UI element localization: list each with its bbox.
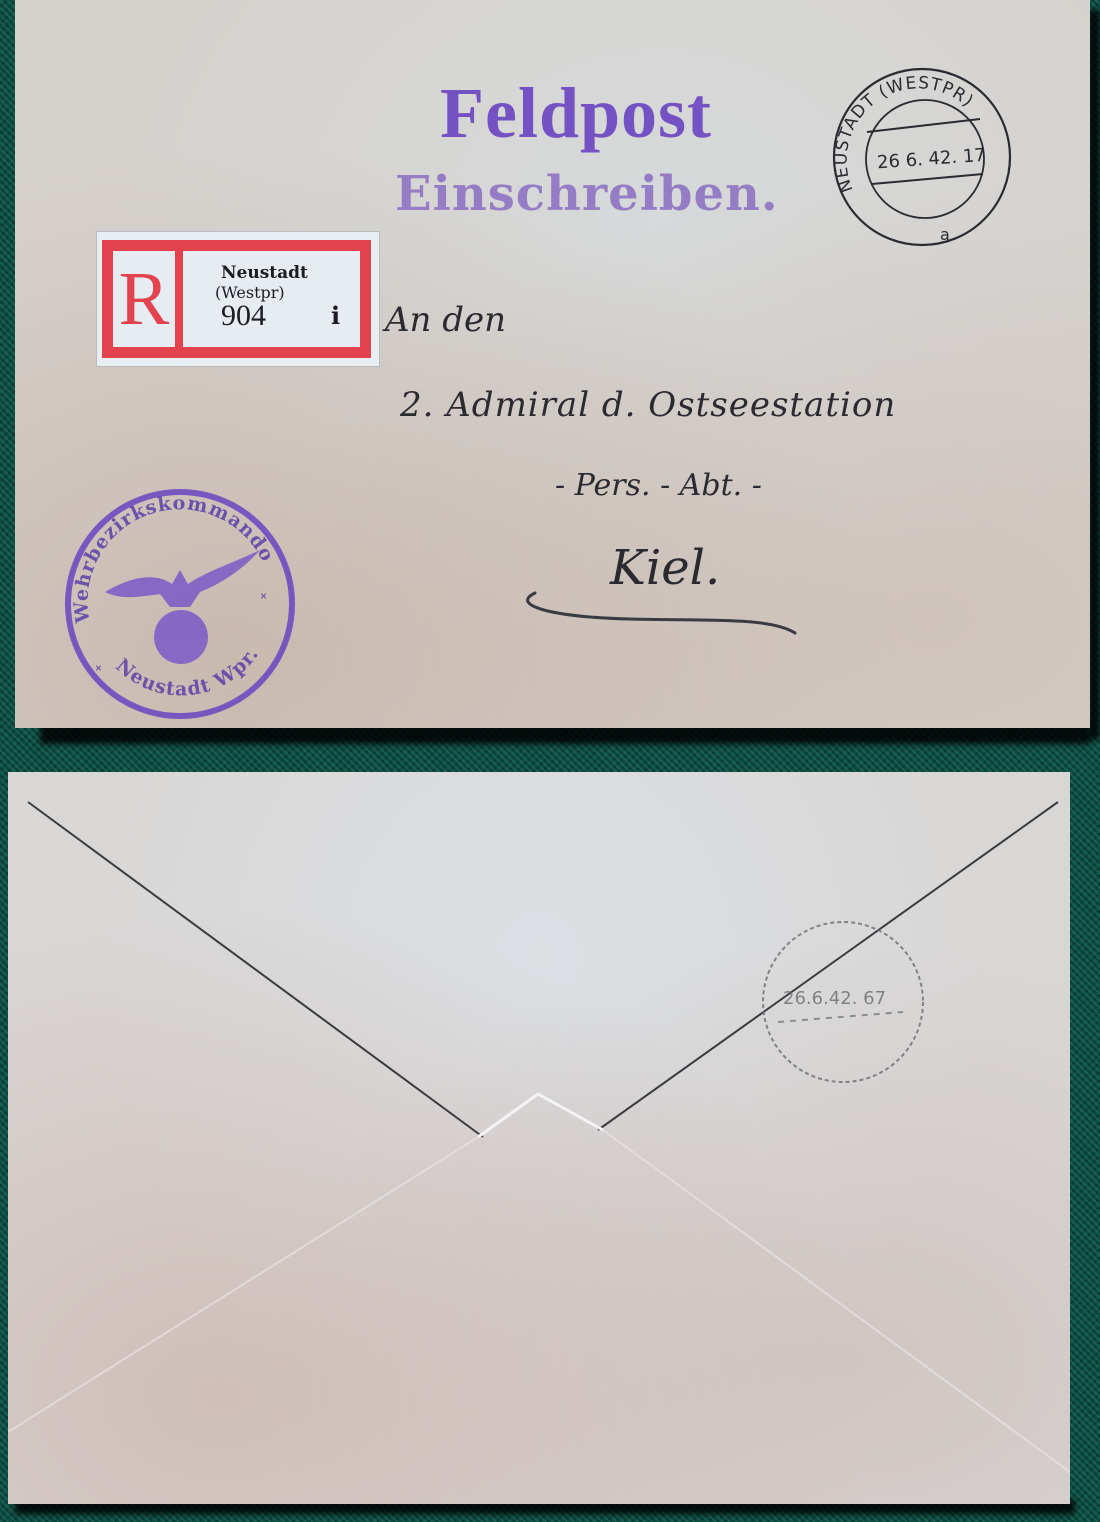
envelope-front: Feldpost Einschreiben. NEUSTADT (WESTPR)… bbox=[15, 0, 1090, 728]
postmark-letter: a bbox=[940, 225, 950, 244]
registration-suffix: i bbox=[331, 301, 340, 330]
neustadt-postmark: NEUSTADT (WESTPR) 26 6. 42. 17 a bbox=[825, 62, 1015, 247]
envelope-flaps bbox=[8, 772, 1070, 1504]
svg-text:×: × bbox=[95, 661, 102, 675]
arrival-postmark-date: 26.6.42. 67 bbox=[783, 988, 886, 1009]
registration-label: R Neustadt (Westpr) 904 i bbox=[97, 232, 379, 366]
postmark-date: 26 6. 42. 17 bbox=[876, 145, 986, 174]
feldpost-stamp: Feldpost bbox=[440, 72, 712, 155]
kiel-arrival-postmark: 26.6.42. 67 bbox=[753, 912, 933, 1092]
registration-label-frame: R Neustadt (Westpr) 904 i bbox=[102, 240, 371, 358]
registration-town: Neustadt bbox=[221, 263, 308, 283]
registration-r-letter: R bbox=[113, 251, 183, 347]
address-line-3: - Pers. - Abt. - bbox=[555, 468, 762, 503]
svg-text:×: × bbox=[260, 589, 267, 603]
envelope-back: 26.6.42. 67 bbox=[8, 772, 1070, 1504]
registration-number: 904 bbox=[221, 299, 266, 333]
address-line-1: An den bbox=[385, 300, 506, 340]
address-underline bbox=[510, 585, 810, 645]
eagle-emblem-icon bbox=[105, 550, 260, 664]
einschreiben-stamp: Einschreiben. bbox=[395, 166, 779, 222]
wehrbezirkskommando-seal: Wehrbezirkskommando Neustadt Wpr. × × bbox=[60, 482, 300, 722]
address-line-2: 2. Admiral d. Ostseestation bbox=[400, 385, 896, 425]
